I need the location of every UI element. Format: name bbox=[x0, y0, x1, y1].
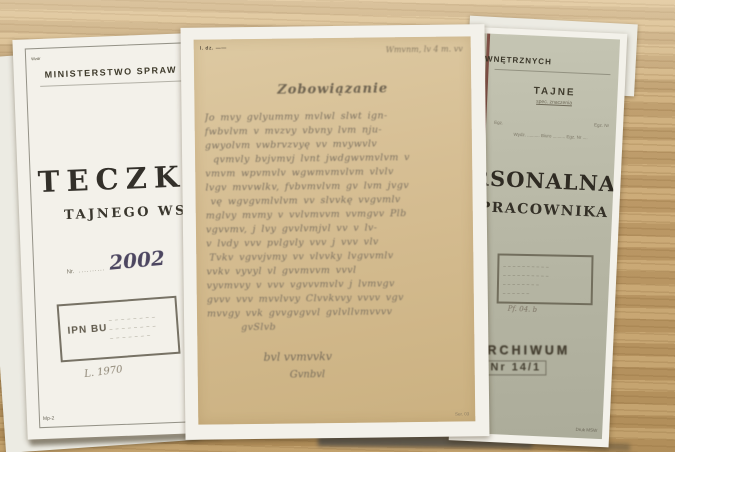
page: Wzór MINISTERSTWO SPRAW TECZKA TAJNEGO W… bbox=[0, 0, 750, 500]
folder-subtitle-fragment: ŁPRACOWNIKA bbox=[468, 199, 609, 221]
copy-field-right: Egz. Nr bbox=[594, 122, 609, 128]
signature-script: Gvnbvl bbox=[290, 369, 325, 380]
archive-stamp-number: Nr 14/1 bbox=[485, 360, 546, 375]
letter-footer-mark: Ser. 03 bbox=[455, 411, 469, 416]
handwritten-note: Pf. 04. b bbox=[508, 305, 538, 314]
archive-stamp-word: ARCHIWUM bbox=[475, 343, 570, 357]
nr-handwritten-value: 2002 bbox=[108, 246, 166, 275]
handwritten-date: Wmvnm, lv 4 m. vv bbox=[386, 44, 463, 54]
ipn-stamp-label: IPN BU bbox=[67, 323, 108, 337]
folder-title-fragment: RSONALNA bbox=[471, 165, 617, 197]
nr-label: Nr. bbox=[66, 269, 74, 276]
archive-stamp: ARCHIWUM Nr 14/1 bbox=[475, 343, 570, 375]
stamp-fill-lines: _ _ _ _ _ _ _ _ _ _ _ _ _ _ _ _ _ _ _ _ … bbox=[108, 310, 172, 341]
handwriting-line: gvSlvb bbox=[241, 318, 468, 335]
printer-mark: Druk MSW bbox=[575, 427, 597, 433]
middle-document-sheet: I. dz. —— Wmvnm, lv 4 m. vv Zobowiązanie… bbox=[180, 24, 489, 440]
nr-dotted-rule: .......... bbox=[79, 266, 106, 274]
letter-heading-script: Zobowiązanie bbox=[194, 80, 471, 98]
registration-stamp-box: _ _ _ _ _ _ _ _ _ _ _ _ _ _ _ _ _ _ _ _ … bbox=[497, 253, 594, 305]
form-code: Mp-2 bbox=[43, 416, 55, 422]
registration-number-line: Nr. .......... 2002 bbox=[65, 246, 166, 279]
handwritten-letter: I. dz. —— Wmvnm, lv 4 m. vv Zobowiązanie… bbox=[194, 36, 476, 424]
stamp-fill-lines: _ _ _ _ _ _ _ _ _ _ _ _ _ _ _ _ _ _ _ _ … bbox=[503, 260, 588, 298]
form-corner-mark: Wzór bbox=[31, 56, 41, 61]
copy-field-left: Egz. bbox=[494, 120, 503, 125]
handwritten-note: L. 1970 bbox=[84, 364, 124, 380]
photo-of-documents: Wzór MINISTERSTWO SPRAW TECZKA TAJNEGO W… bbox=[0, 0, 675, 452]
department-fields-line: Wydz. .......... Biuro .......... Egz. N… bbox=[490, 131, 612, 142]
handwriting-body: Jo mvy gvlyummy mvlwl slwt ign- fwbvlvm … bbox=[205, 108, 469, 335]
ipn-archive-stamp: IPN BU _ _ _ _ _ _ _ _ _ _ _ _ _ _ _ _ _… bbox=[57, 296, 181, 363]
signature-script: bvl vvmvvkv bbox=[263, 350, 332, 364]
letter-corner-print: I. dz. —— bbox=[200, 45, 227, 51]
header-rule bbox=[495, 69, 611, 75]
